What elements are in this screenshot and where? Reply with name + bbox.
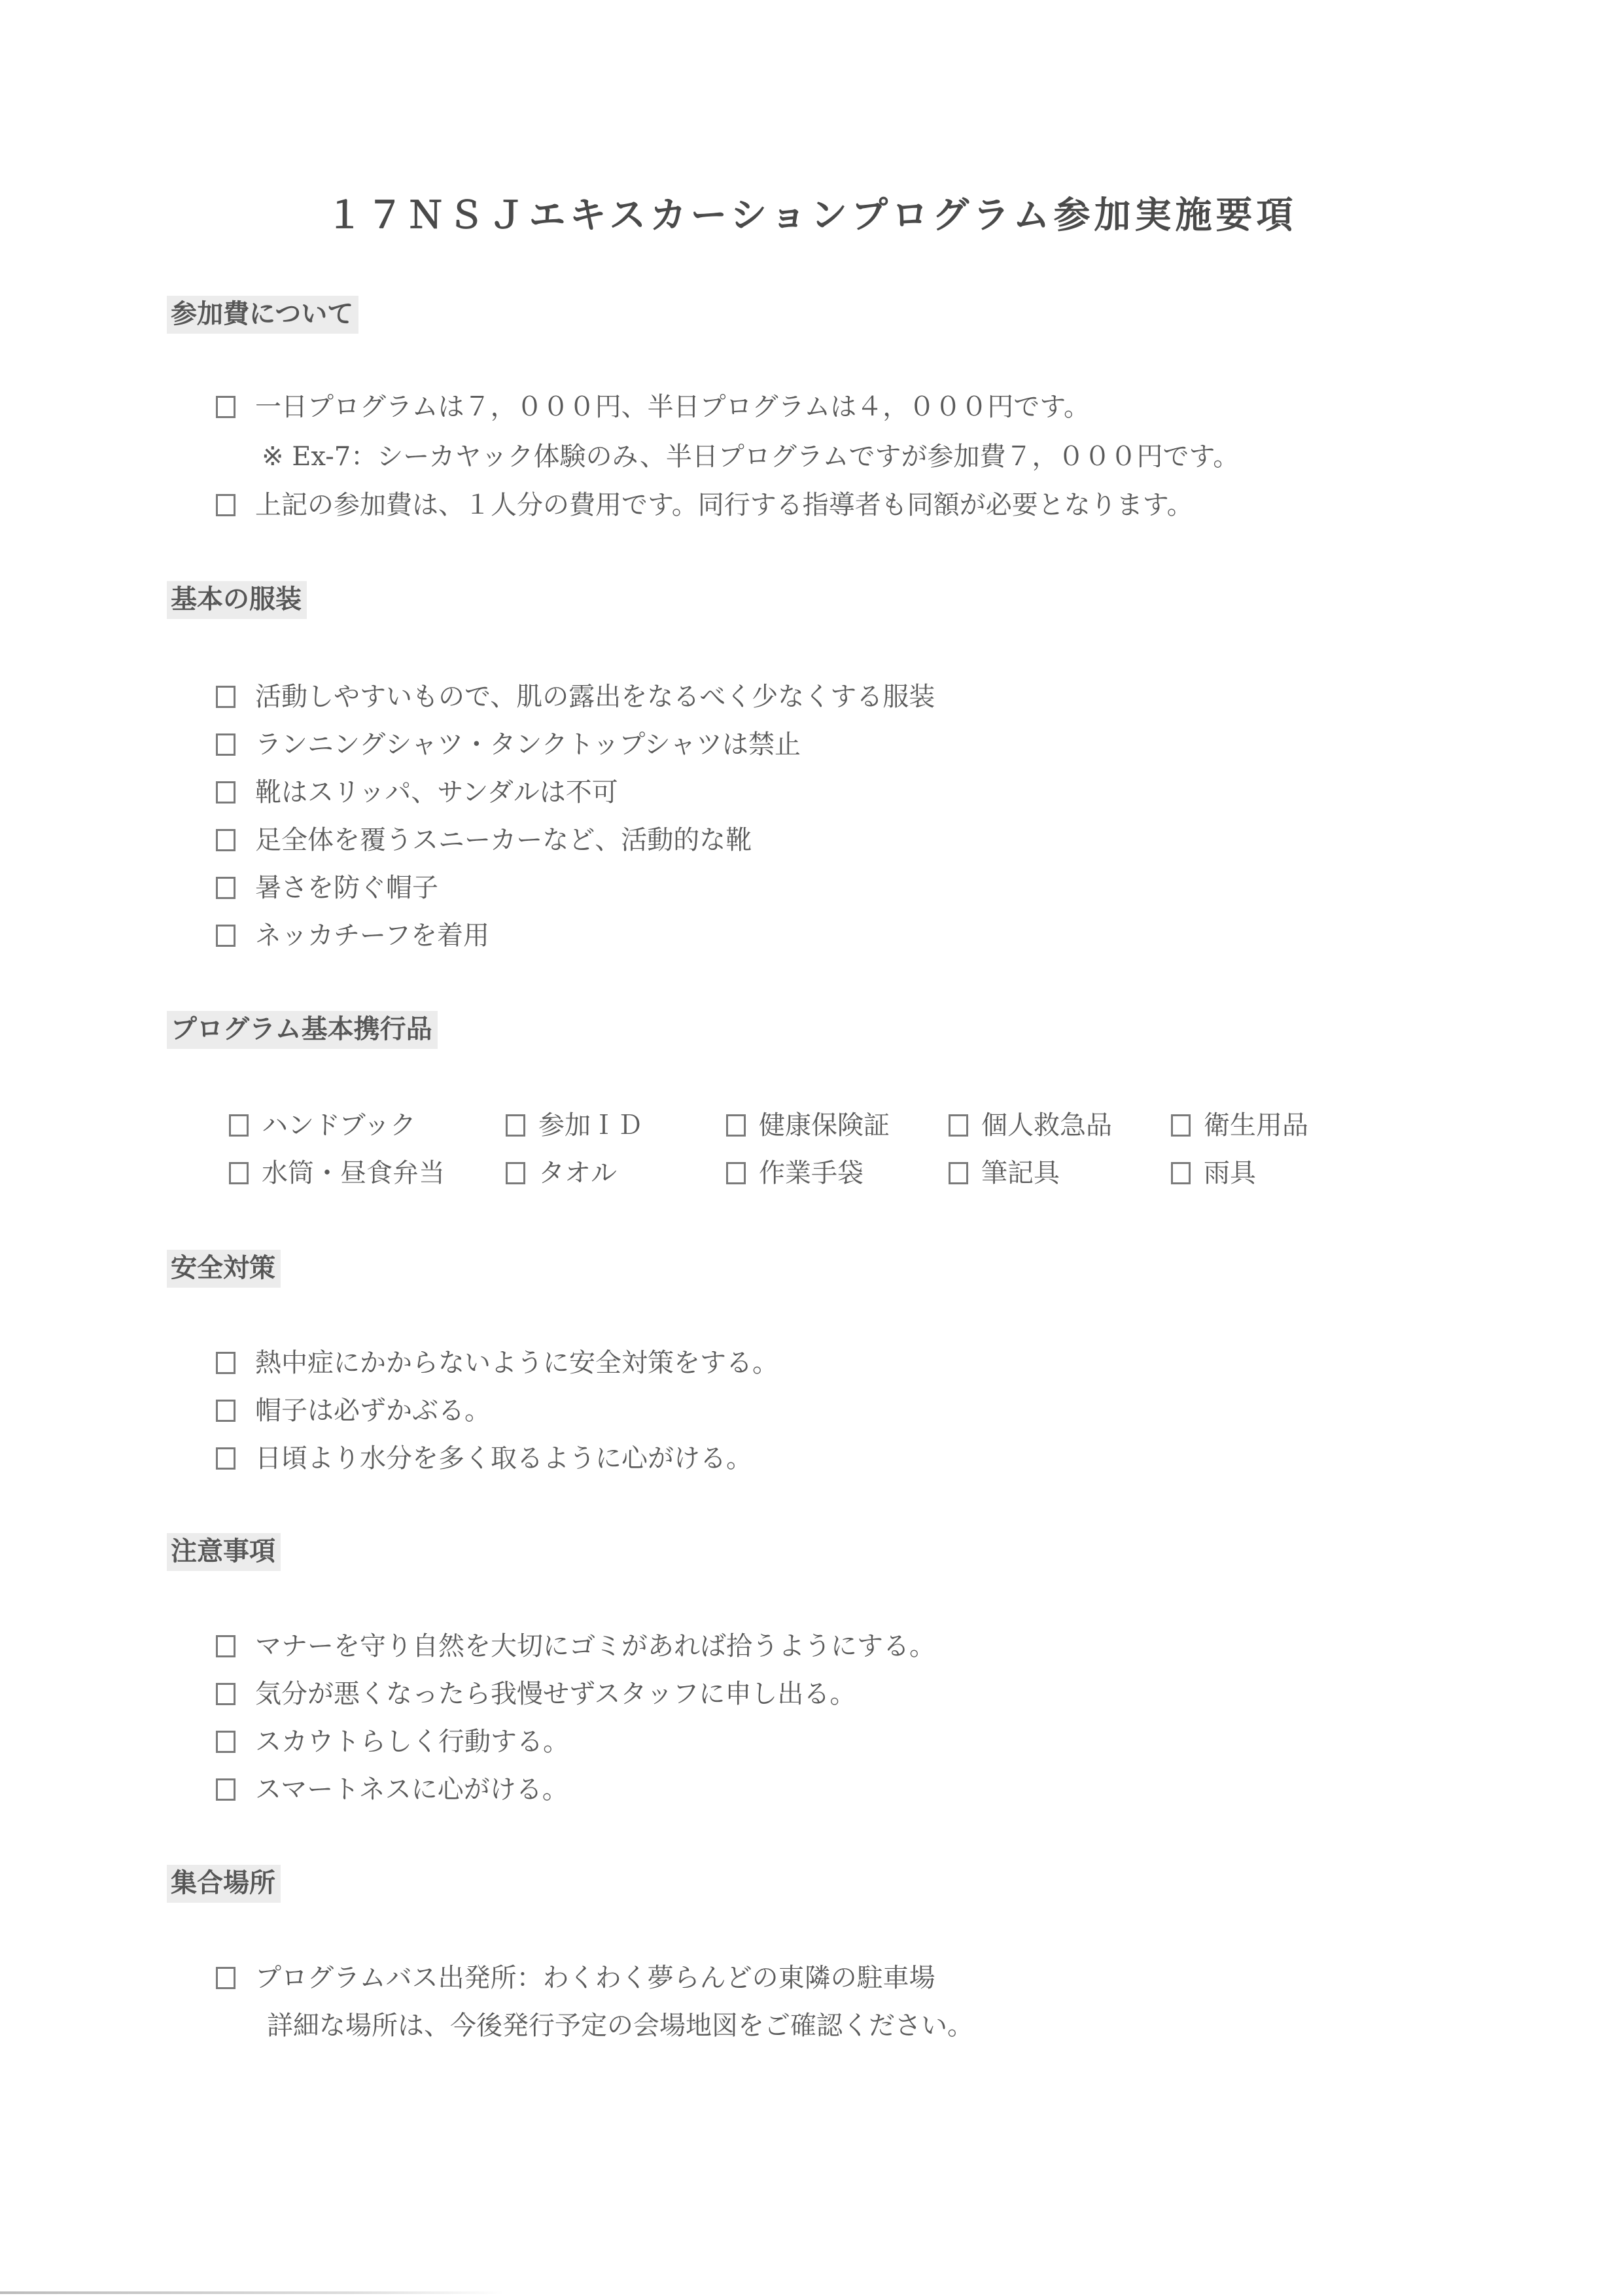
section-heading-fee: 参加費について [167, 296, 358, 334]
gear-item-label: 雨具 [1204, 1160, 1256, 1186]
checkbox-icon[interactable] [726, 1114, 746, 1137]
gear-item[interactable]: 筆記具 [949, 1160, 1060, 1186]
scan-edge-divider [0, 2291, 504, 2294]
document-page: １７ＮＳＪエキスカーションプログラム参加実施要項 参加費について 一日プログラム… [0, 0, 1623, 2296]
checklist-item-label: 一日プログラムは７，０００円、半日プログラムは４，０００円です。 [255, 394, 1090, 420]
gear-item-label: 健康保険証 [759, 1112, 890, 1139]
checkbox-icon[interactable] [949, 1162, 968, 1184]
checklist-item[interactable]: 帽子は必ずかぶる。 [216, 1398, 491, 1424]
checkbox-icon[interactable] [216, 925, 236, 947]
checklist-item-label: 靴はスリッパ、サンダルは不可 [255, 779, 618, 805]
checklist-item-label: 上記の参加費は、１人分の費用です。同行する指導者も同額が必要となります。 [255, 492, 1193, 518]
checklist-item-label: 帽子は必ずかぶる。 [255, 1398, 491, 1424]
gear-item-label: 筆記具 [981, 1160, 1060, 1186]
checkbox-icon[interactable] [229, 1114, 249, 1137]
checklist-item-label: 活動しやすいもので、肌の露出をなるべく少なくする服装 [255, 684, 935, 710]
checkbox-icon[interactable] [216, 396, 236, 418]
checkbox-icon[interactable] [216, 1967, 236, 1989]
checklist-item[interactable]: 熱中症にかからないように安全対策をする。 [216, 1350, 778, 1376]
checklist-item-label: 日頃より水分を多く取るように心がける。 [255, 1445, 752, 1472]
checkbox-icon[interactable] [216, 1447, 236, 1470]
fee-note: ※ Ex-7：シーカヤック体験のみ、半日プログラムですが参加費７，０００円です。 [262, 444, 1239, 470]
gear-item[interactable]: タオル [506, 1160, 617, 1186]
checkbox-icon[interactable] [216, 1731, 236, 1753]
checklist-item[interactable]: 靴はスリッパ、サンダルは不可 [216, 779, 618, 805]
checkbox-icon[interactable] [216, 1400, 236, 1422]
checklist-item[interactable]: 上記の参加費は、１人分の費用です。同行する指導者も同額が必要となります。 [216, 492, 1193, 518]
checklist-item[interactable]: 暑さを防ぐ帽子 [216, 875, 438, 901]
checklist-item[interactable]: 一日プログラムは７，０００円、半日プログラムは４，０００円です。 [216, 394, 1090, 420]
document-title: １７ＮＳＪエキスカーションプログラム参加実施要項 [0, 186, 1623, 239]
gear-item-label: 水筒・昼食弁当 [262, 1160, 445, 1186]
section-heading-notes: 注意事項 [167, 1533, 281, 1571]
gear-item-label: ハンドブック [262, 1112, 416, 1139]
gear-item[interactable]: ハンドブック [229, 1112, 416, 1139]
checkbox-icon[interactable] [216, 1635, 236, 1657]
checklist-item[interactable]: スマートネスに心がける。 [216, 1776, 568, 1803]
gear-item-label: 個人救急品 [981, 1112, 1112, 1139]
checklist-item-label: 熱中症にかからないように安全対策をする。 [255, 1350, 778, 1376]
checkbox-icon[interactable] [506, 1114, 525, 1137]
checkbox-icon[interactable] [216, 1352, 236, 1374]
checklist-item-label: 気分が悪くなったら我慢せずスタッフに申し出る。 [255, 1681, 856, 1707]
gear-item-label: 作業手袋 [759, 1160, 864, 1186]
checkbox-icon[interactable] [216, 1683, 236, 1705]
checklist-item-label: スカウトらしく行動する。 [255, 1729, 569, 1755]
gear-item[interactable]: 衛生用品 [1171, 1112, 1308, 1139]
checklist-item-label: ランニングシャツ・タンクトップシャツは禁止 [255, 732, 801, 758]
checkbox-icon[interactable] [1171, 1162, 1191, 1184]
checkbox-icon[interactable] [216, 494, 236, 516]
gear-item-label: 衛生用品 [1204, 1112, 1308, 1139]
checkbox-icon[interactable] [229, 1162, 249, 1184]
gear-item-label: タオル [538, 1160, 617, 1186]
checklist-item[interactable]: ランニングシャツ・タンクトップシャツは禁止 [216, 732, 801, 758]
checklist-item[interactable]: スカウトらしく行動する。 [216, 1729, 569, 1755]
meeting-place-note: 詳細な場所は、今後発行予定の会場地図をご確認ください。 [267, 2013, 973, 2039]
section-heading-safety: 安全対策 [167, 1250, 281, 1288]
checkbox-icon[interactable] [726, 1162, 746, 1184]
checklist-item[interactable]: プログラムバス出発所：わくわく夢らんどの東隣の駐車場 [216, 1965, 935, 1991]
section-heading-gear: プログラム基本携行品 [167, 1011, 438, 1049]
checklist-item-label: プログラムバス出発所：わくわく夢らんどの東隣の駐車場 [255, 1965, 935, 1991]
checklist-item[interactable]: 足全体を覆うスニーカーなど、活動的な靴 [216, 827, 752, 853]
checkbox-icon[interactable] [949, 1114, 968, 1137]
checklist-item[interactable]: ネッカチーフを着用 [216, 923, 489, 949]
gear-item-label: 参加ＩＤ [538, 1112, 643, 1139]
checklist-item[interactable]: 日頃より水分を多く取るように心がける。 [216, 1445, 752, 1472]
gear-item[interactable]: 個人救急品 [949, 1112, 1112, 1139]
checklist-item-label: 足全体を覆うスニーカーなど、活動的な靴 [255, 827, 752, 853]
checkbox-icon[interactable] [506, 1162, 525, 1184]
checklist-item-label: 暑さを防ぐ帽子 [255, 875, 438, 901]
gear-item[interactable]: 健康保険証 [726, 1112, 890, 1139]
checkbox-icon[interactable] [216, 686, 236, 708]
gear-item[interactable]: 雨具 [1171, 1160, 1256, 1186]
gear-item[interactable]: 参加ＩＤ [506, 1112, 643, 1139]
checklist-item[interactable]: 活動しやすいもので、肌の露出をなるべく少なくする服装 [216, 684, 935, 710]
checklist-item[interactable]: 気分が悪くなったら我慢せずスタッフに申し出る。 [216, 1681, 856, 1707]
section-heading-meeting-place: 集合場所 [167, 1865, 281, 1903]
checkbox-icon[interactable] [216, 829, 236, 851]
checkbox-icon[interactable] [1171, 1114, 1191, 1137]
checklist-item-label: マナーを守り自然を大切にゴミがあれば拾うようにする。 [255, 1633, 935, 1659]
checkbox-icon[interactable] [216, 877, 236, 899]
checkbox-icon[interactable] [216, 733, 236, 756]
checkbox-icon[interactable] [216, 1778, 236, 1801]
section-heading-clothing: 基本の服装 [167, 581, 307, 619]
checklist-item-label: スマートネスに心がける。 [255, 1776, 568, 1803]
gear-item[interactable]: 作業手袋 [726, 1160, 864, 1186]
checklist-item[interactable]: マナーを守り自然を大切にゴミがあれば拾うようにする。 [216, 1633, 935, 1659]
gear-item[interactable]: 水筒・昼食弁当 [229, 1160, 445, 1186]
checkbox-icon[interactable] [216, 781, 236, 804]
checklist-item-label: ネッカチーフを着用 [255, 923, 489, 949]
